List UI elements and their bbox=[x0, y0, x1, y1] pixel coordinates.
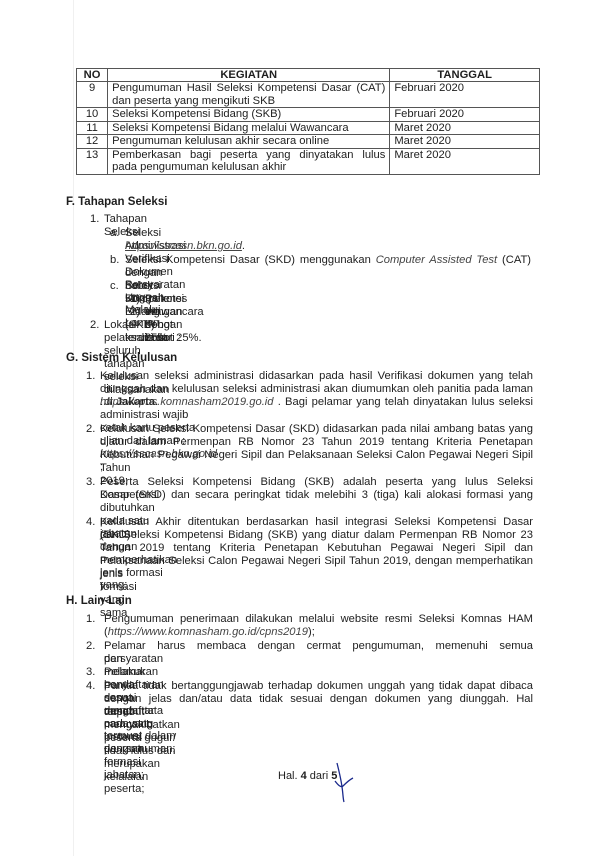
cell-kegiatan: Seleksi Kompetensi Bidang melalui Wawanc… bbox=[108, 121, 390, 135]
h-item-4-number: 4. bbox=[86, 680, 95, 693]
cell-kegiatan: Pemberkasan bagi peserta yang dinyatakan… bbox=[108, 148, 390, 174]
kegiatan-line: Pemberkasan bagi peserta yang dinyatakan… bbox=[112, 149, 385, 162]
h-item-2-number: 2. bbox=[86, 640, 95, 653]
kegiatan-line: Pengumuman Hasil Seleksi Kompetensi Dasa… bbox=[112, 82, 385, 95]
cell-no: 10 bbox=[77, 108, 108, 122]
cell-kegiatan: Pengumuman Hasil Seleksi Kompetensi Dasa… bbox=[108, 82, 390, 108]
table-row: 13Pemberkasan bagi peserta yang dinyatak… bbox=[77, 148, 540, 174]
g-item-4-number: 4. bbox=[86, 516, 95, 529]
h-item-1-number: 1. bbox=[86, 613, 95, 626]
kegiatan-line: dan peserta yang mengikuti SKB bbox=[112, 95, 385, 108]
sscasn-link[interactable]: https://sscasn.bkn.go.id bbox=[125, 240, 242, 252]
cell-tanggal: Maret 2020 bbox=[390, 148, 540, 174]
page-number-footer: Hal. 4 dari 5 bbox=[278, 770, 337, 782]
g-item-3-line2: Dasar (SKD) dan secara peringkat tidak m… bbox=[100, 489, 533, 502]
g-item-2-line3: Kebutuhan Pegawai Negeri Sipil dan Pelak… bbox=[100, 449, 533, 462]
kegiatan-line: pada pengumuman kelulusan akhir bbox=[112, 161, 385, 174]
kegiatan-line: Seleksi Kompetensi Bidang (SKB) bbox=[112, 108, 385, 121]
cell-no: 9 bbox=[77, 82, 108, 108]
komnasham-cpns2019-link[interactable]: https://www.komnasham.go.id/cpns2019 bbox=[108, 626, 308, 638]
section-h-title: H. Lain-Lain bbox=[66, 594, 546, 608]
section-g: G. Sistem Kelulusan bbox=[66, 351, 546, 365]
table-row: 12Pengumuman kelulusan akhir secara onli… bbox=[77, 135, 540, 149]
h-item-1-line2: (https://www.komnasham.go.id/cpns2019); bbox=[104, 626, 315, 639]
f-item-1-number: 1. bbox=[90, 213, 99, 226]
section-f-title: F. Tahapan Seleksi bbox=[66, 195, 546, 209]
table-row: 11Seleksi Kompetensi Bidang melalui Wawa… bbox=[77, 121, 540, 135]
cell-no: 11 bbox=[77, 121, 108, 135]
cell-kegiatan: Pengumuman kelulusan akhir secara online bbox=[108, 135, 390, 149]
h-item-4-line3: dapat mengakibatkan peserta gugur/ tidak… bbox=[104, 706, 180, 796]
paraf-signature-icon bbox=[333, 761, 355, 803]
section-h: H. Lain-Lain bbox=[66, 594, 546, 608]
schedule-table: NO KEGIATAN TANGGAL 9Pengumuman Hasil Se… bbox=[76, 68, 540, 175]
table-row: 10Seleksi Kompetensi Bidang (SKB)Februar… bbox=[77, 108, 540, 122]
g-item-4-line3: Tahun 2019 tentang Kriteria Penetapan Ke… bbox=[100, 542, 533, 555]
cell-tanggal: Februari 2020 bbox=[390, 82, 540, 108]
header-tanggal: TANGGAL bbox=[390, 69, 540, 82]
cpns-komnasham-link[interactable]: https://cpns.komnasham2019.go.id bbox=[100, 396, 274, 408]
section-g-title: G. Sistem Kelulusan bbox=[66, 351, 546, 365]
f-sub-2-marker: 2) bbox=[130, 306, 140, 319]
g-item-3-number: 3. bbox=[86, 476, 95, 489]
kegiatan-line: Seleksi Kompetensi Bidang melalui Wawanc… bbox=[112, 122, 385, 135]
g-item-1-number: 1. bbox=[86, 370, 95, 383]
cell-tanggal: Maret 2020 bbox=[390, 121, 540, 135]
g-item-2-number: 2. bbox=[86, 423, 95, 436]
g-item-1-line1: Kelulusan seleksi administrasi didasarka… bbox=[100, 370, 533, 383]
kegiatan-line: Pengumuman kelulusan akhir secara online bbox=[112, 135, 385, 148]
h-item-1-line1: Pengumuman penerimaan dilakukan melalui … bbox=[104, 613, 533, 626]
cell-no: 12 bbox=[77, 135, 108, 149]
cell-no: 13 bbox=[77, 148, 108, 174]
cell-kegiatan: Seleksi Kompetensi Bidang (SKB) bbox=[108, 108, 390, 122]
g-item-4-line4: Pelaksanaan Seleksi Calon Pegawai Negeri… bbox=[100, 555, 533, 568]
cell-tanggal: Februari 2020 bbox=[390, 108, 540, 122]
table-header-row: NO KEGIATAN TANGGAL bbox=[77, 69, 540, 82]
f-sub-1-marker: 1) bbox=[130, 293, 140, 306]
g-item-2-line2: diatur dalam Permenpan RB Nomor 23 Tahun… bbox=[100, 436, 533, 449]
g-item-2-line1: Kelulusan Seleksi Kompetensi Dasar (SKD)… bbox=[100, 423, 533, 436]
scan-edge-artifact bbox=[73, 0, 74, 856]
f-item-2-number: 2. bbox=[90, 319, 99, 332]
f-item-b-line1: Seleksi Kompetensi Dasar (SKD) menggunak… bbox=[125, 254, 531, 267]
g-item-4-line2: dan Seleksi Kompetensi Bidang (SKB) yang… bbox=[100, 529, 533, 542]
f-item-c-marker: c. bbox=[110, 280, 119, 293]
f-item-b-marker: b. bbox=[110, 254, 119, 267]
h-item-3-number: 3. bbox=[86, 666, 95, 679]
g-item-1-line3: https://cpns.komnasham2019.go.id . Bagi … bbox=[100, 396, 533, 409]
table-row: 9Pengumuman Hasil Seleksi Kompetensi Das… bbox=[77, 82, 540, 108]
section-f: F. Tahapan Seleksi bbox=[66, 195, 546, 209]
header-no: NO bbox=[77, 69, 108, 82]
f-item-a-marker: a. bbox=[110, 227, 119, 240]
cell-tanggal: Maret 2020 bbox=[390, 135, 540, 149]
header-kegiatan: KEGIATAN bbox=[108, 69, 390, 82]
f-item-a-link-line: https://sscasn.bkn.go.id. bbox=[125, 240, 245, 253]
h-item-4-line1: Panitia tidak bertanggungjawab terhadap … bbox=[104, 680, 533, 693]
